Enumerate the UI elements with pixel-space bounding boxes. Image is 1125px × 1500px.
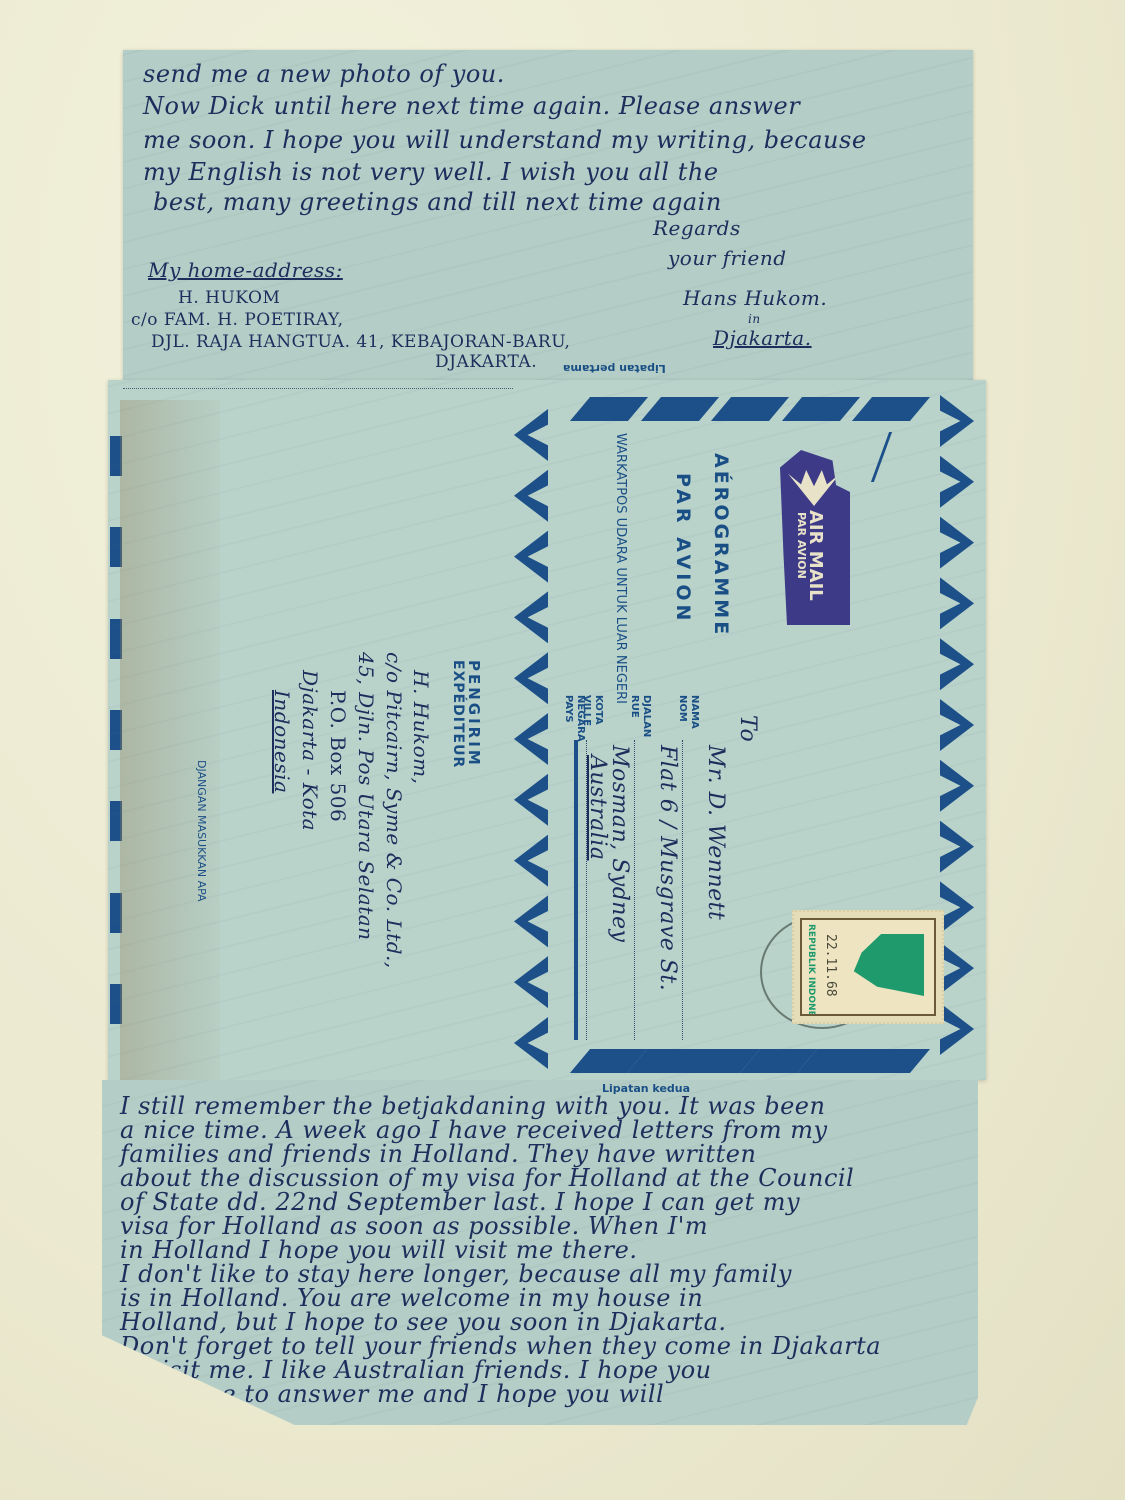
sender-line: c/o Pitcairn, Syme & Co. Ltd., [382, 652, 406, 969]
field-label-kota: KOTA [593, 695, 604, 725]
par-avion-text: PAR AVION [795, 512, 808, 579]
letter-line: Now Dick until here next time again. Ple… [143, 92, 800, 120]
par-avion-title: PAR AVION [672, 473, 694, 624]
recipient-street: Flat 6 / Musgrave St. [655, 745, 680, 991]
letter-bottom-panel: Lipatan kedua I still remember the betja… [102, 1080, 978, 1425]
tagline: WARKATPOS UDARA UNTUK LUAR NEGERI [613, 433, 628, 704]
home-address-line: DJL. RAJA HANGTUA. 41, KEBAJORAN-BARU, [151, 332, 570, 352]
letter-line: a time to answer me and I hope you will [157, 1380, 664, 1408]
letter-top-panel: send me a new photo of you. Now Dick unt… [123, 50, 973, 380]
field-label-pays: PAYS [563, 695, 574, 723]
stripe-border-top [580, 397, 920, 425]
field-label-djalan: DJALAN [641, 695, 652, 737]
portrait-icon [846, 934, 924, 996]
fold-label-first: Lipatan pertama [563, 362, 666, 375]
home-address-line: H. HUKOM [178, 288, 280, 308]
postmark-date: 22.11.68 [823, 934, 838, 997]
aerogramme-title: AÉROGRAMME [710, 453, 732, 637]
address-line [634, 740, 635, 1040]
sender-line: 45, Djln. Pos Utara Selatan [354, 652, 378, 941]
closing-regards: Regards [653, 216, 741, 240]
home-address-line: DJAKARTA. [435, 352, 537, 372]
recipient-city: Mosman, Sydney [607, 745, 632, 942]
recipient-name: Mr. D. Wennett [703, 745, 728, 920]
field-label-rue: RUE [629, 695, 640, 718]
closing-friend: your friend [668, 246, 787, 270]
country-line [574, 740, 578, 1040]
letter-line: my English is not very well. I wish you … [143, 158, 719, 186]
letter-line: send me a new photo of you. [143, 60, 505, 88]
chevron-border-left [514, 409, 554, 1069]
sender-heading-id: PENGIRIM [465, 660, 483, 768]
sender-line: H. Hukom, [409, 670, 433, 784]
sender-line: P.O. Box 506 [326, 690, 350, 822]
recipient-greeting: To [735, 715, 760, 742]
airmail-text: AIR MAIL [805, 510, 826, 601]
sender-line: Indonesia [270, 690, 294, 793]
postage-stamp: REPUBLIK INDONESIA 22.11.68 [792, 910, 944, 1024]
stamp-country: REPUBLIK INDONESIA [806, 924, 816, 1016]
field-label-negara: NEGARA [575, 695, 586, 742]
inner-label: DJANGAN MASUKKAN APA [195, 760, 208, 902]
chevron-border-right [940, 395, 980, 1055]
fold-line [123, 388, 513, 389]
home-address-line: c/o FAM. H. POETIRAY, [131, 310, 344, 330]
field-label-nama: NAMA [689, 695, 700, 729]
home-address-heading: My home-address: [148, 258, 343, 282]
closing-in: in [748, 312, 761, 326]
letter-line: best, many greetings and till next time … [153, 188, 722, 216]
sender-line: Djakarta - Kota [298, 670, 322, 831]
stripe-border-bottom [580, 1049, 920, 1077]
address-line [682, 740, 683, 1040]
closing-city: Djakarta. [713, 326, 812, 350]
recipient-country: Australia [585, 755, 610, 861]
wings-icon [788, 470, 840, 506]
sender-heading-fr: EXPÉDITEUR [450, 660, 466, 768]
stain [120, 400, 220, 1080]
letter-line: me soon. I hope you will understand my w… [143, 126, 867, 154]
field-label-nom: NOM [677, 695, 688, 722]
closing-signature: Hans Hukom. [683, 286, 827, 310]
